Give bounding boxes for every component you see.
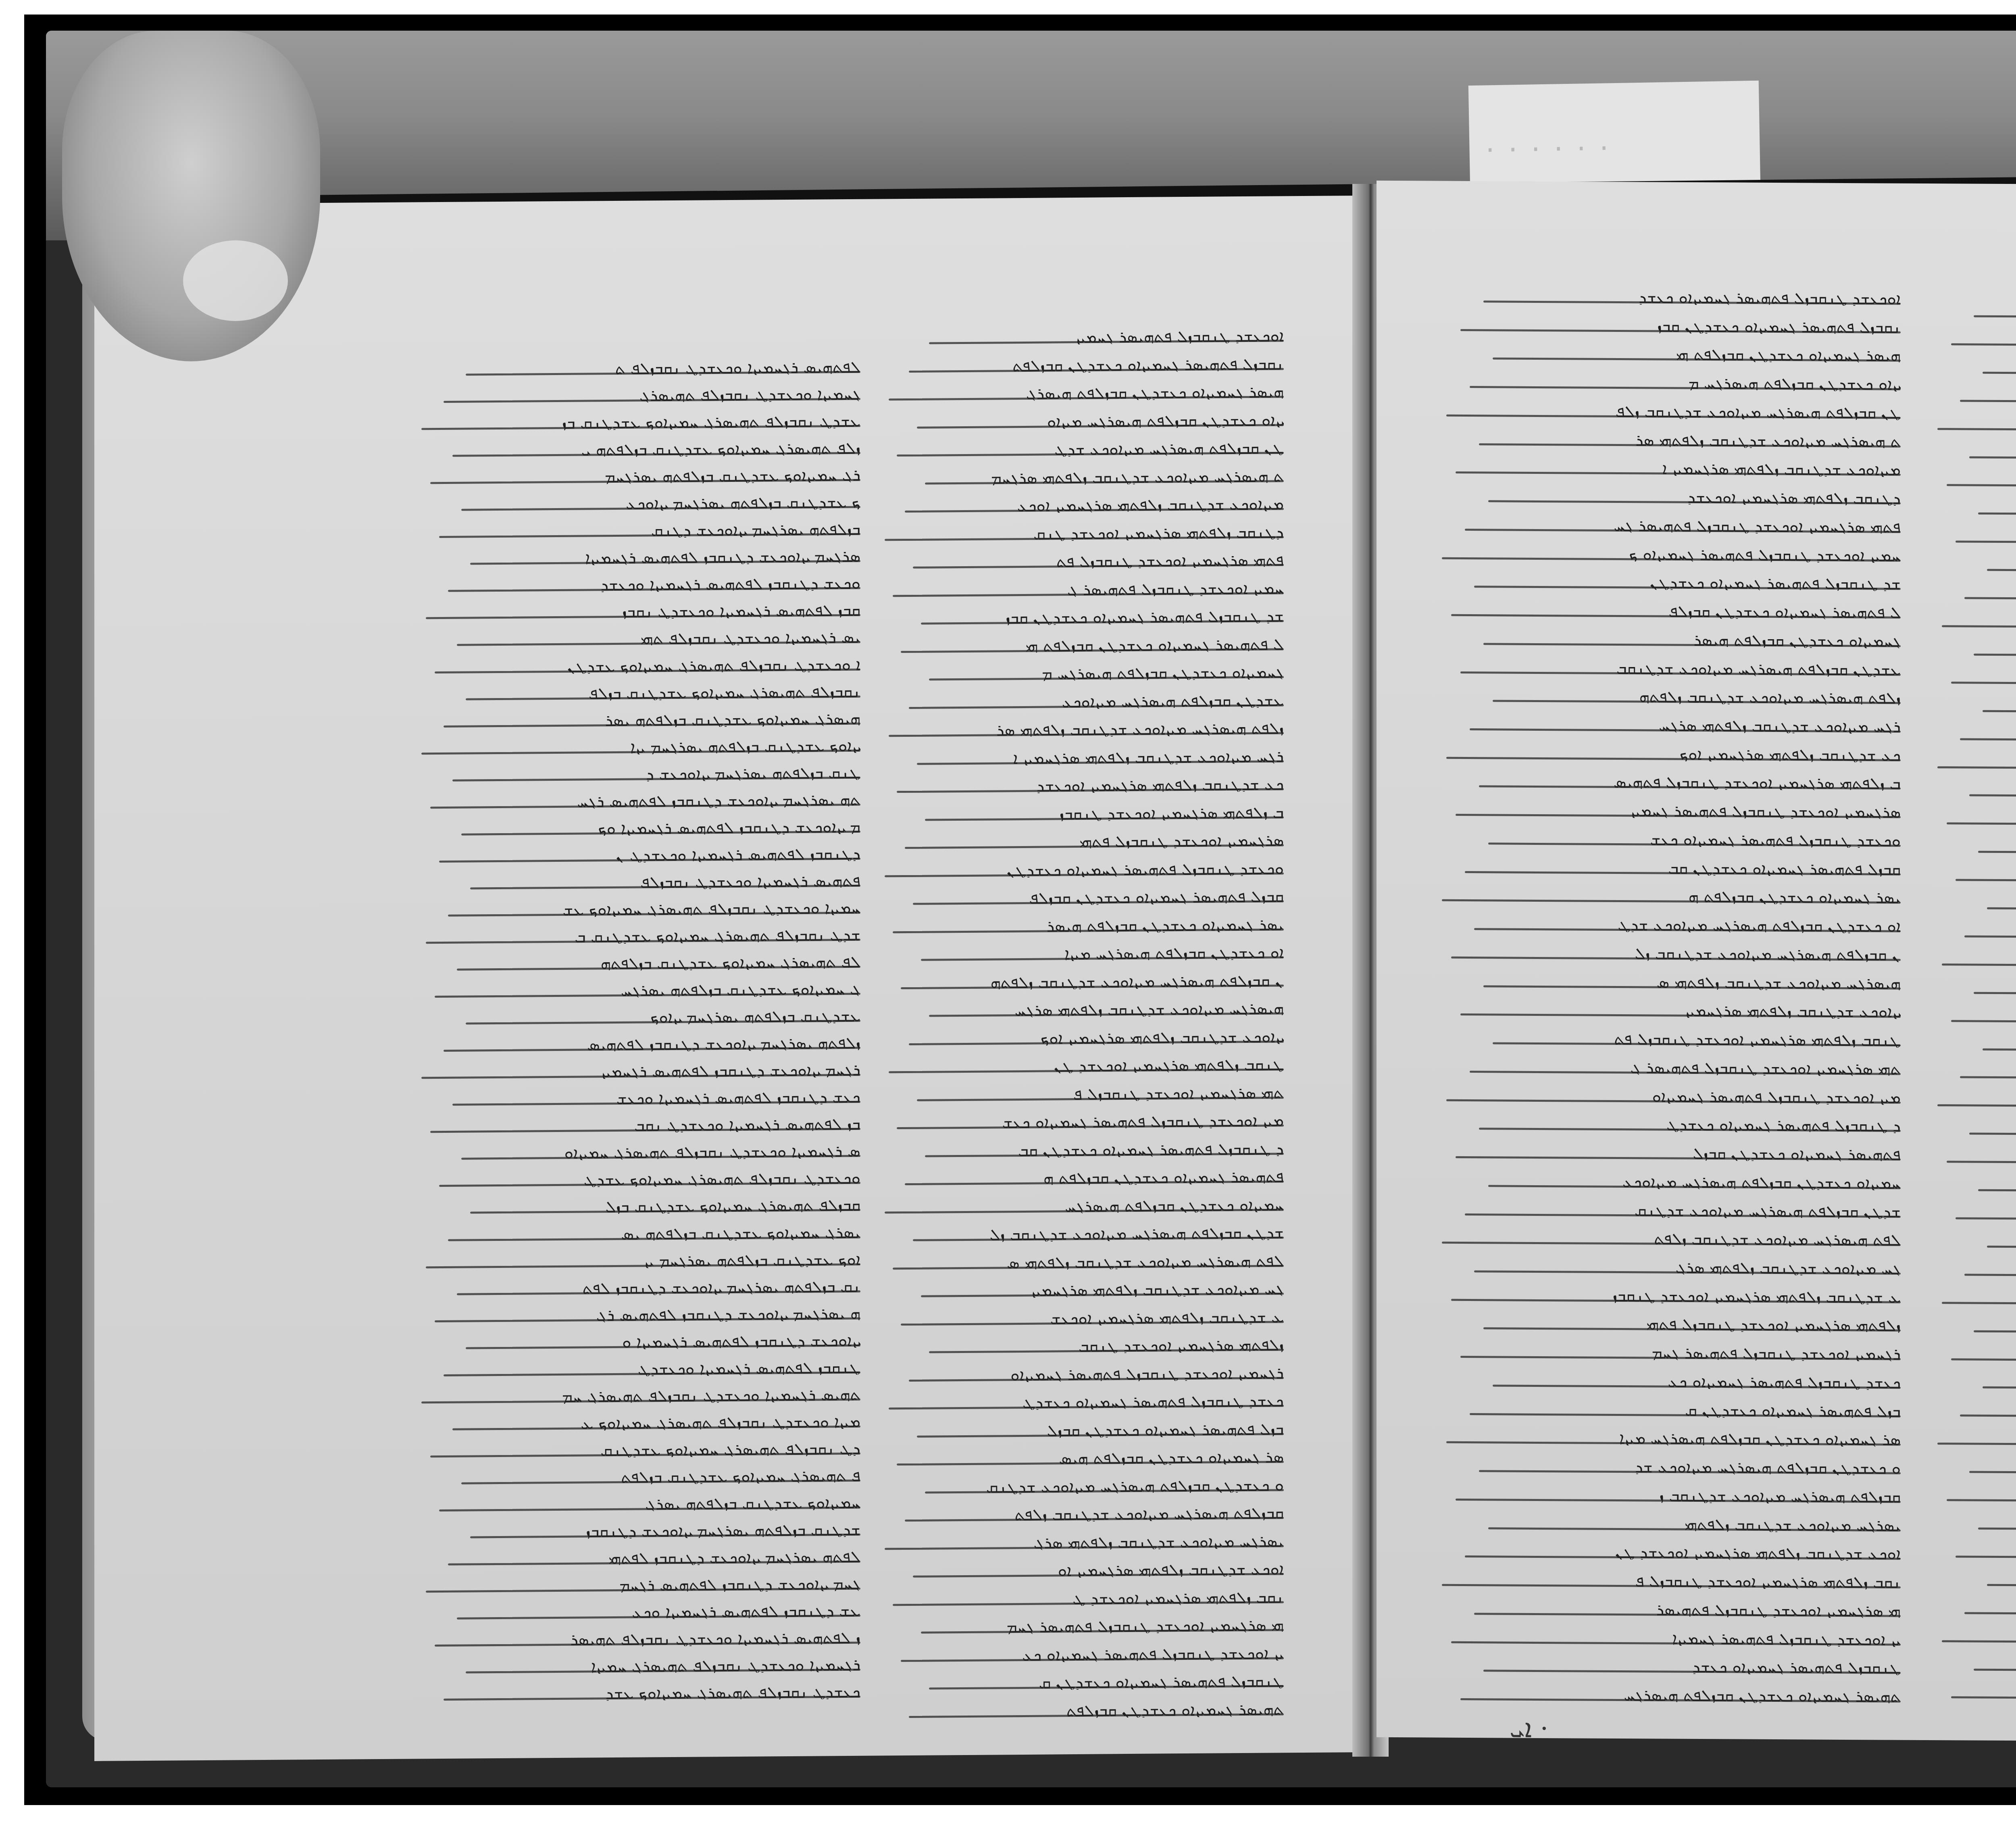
script-line: ܕܛ ܢܩܒܙܠܦ ܬܗܝܣܪܓ ܚܡܨܐܘܟ ܥܫܕ <box>1937 1432 2016 1448</box>
script-line: ܙܠܦ ܬܗܝܣܪܓ ܚܡܨܐܘܟ ܥܫܕܛܢܩ ܒܙܠܦ <box>1960 389 2016 405</box>
script-line: ܫܕܛ ܢܩܒܙܠܦ ܬܗܝܣܪܓ ܚܡܨܐܘܟ ܥܫܕܛܢܩ ܒ <box>426 928 860 945</box>
script-line: ܥܫܕܛܢ ܩܒܙܠܦܬ ܗܝܣܪܓܚ ܡܨܐܘܟܥ <box>909 694 1284 710</box>
script-line: ܙܠܦܬܗܝ ܣܪܓܚܡܨ ܐܘܟܥܫܕ ܛܢܩܒܙܠ ܦܬܗܝ <box>1483 1317 1901 1333</box>
script-line: ܘܟܥܫܕ ܛܢܩܒܙܠ ܦܬܗܝܣܪ ܓܚܡܨܐܘ ܟܥܫ <box>1488 832 1901 848</box>
script-line: ܦܬܗܝ ܣܪܓܚܡܨ ܐܘܟܥܫܕ ܛܢܩܒܙܠ ܦܬ <box>913 553 1284 569</box>
script-line: ܓ ܚܡܨܐܘܟ ܥܫܕܛܢܩ ܒܙܠܦܬܗ ܝܣܪܓܚ <box>435 982 860 999</box>
script-line: ܗܝܣܪ ܓܚܡܨܐܘ ܟܥܫܕܛܢ ܩܒܙܠܦܬ ܗܝ <box>1493 347 1901 363</box>
script-line: ܪܓܚܡܨܐ ܘܟܥܫܕܛ ܢܩܒܙܠܦ ܬܗܝܣܪܓ ܚ <box>1974 1658 2016 1674</box>
script-line: ܥ ܫܕܛܢܩܒ ܙܠܦܬܗܝ ܣܪܓܚܡܨ ܐܘܟܥܫܕ ܛܢܩܒܙ <box>1451 1288 1901 1305</box>
script-line: ܒܙܠ ܦܬܗܝܣܪ ܓܚܡܨܐܘ ܟܥܫܕܛܢ ܩܒܙܠ <box>917 1422 1284 1438</box>
script-line: ܩܒܙܠܦܬ ܗܝܣܪܓܚ ܡܨܐܘܟܥ ܫܕܛܢܩܒ ܙܠܦܬ <box>905 1506 1284 1523</box>
script-line: ܨ ܐܘܟܥܫܕ ܛܢܩܒܙܠ ܦܬܗܝܣܪ ܓܚܡܨܐ <box>1451 1630 1901 1647</box>
script-line: ܝܣܪܓ ܚܡܨܐܘܟ ܥܫܕܛܢܩ ܒܙܠܦܬܗ ܝܣܪܓܚܡ ܨܐ <box>1956 1207 2016 1223</box>
script-line: ܢܩܒܙܠܦ ܬܗܝܣܪܓ ܚܡܨܐܘܟ ܥܫܕܛܢܩ ܒܙܠܦ <box>466 685 860 701</box>
script-line: ܗܝܣܪܓܚ ܡܨܐܘܟܥ ܫܕܛܢܩܒ ܙܠܦܬܗܝ ܣ <box>1483 975 1901 990</box>
script-line: ܪܓܚܡ ܨܐܘܟܥܫ ܕܛܢܩܒܙ ܠܦܬܗܝܣ ܪܓ <box>1983 1038 2016 1053</box>
script-line: ܟ ܥܫܕܛܢܩ ܒܙܠܦܬܗ ܝܣܪܓܚܡ ܨܐܘܟܥܫ ܕܛܢܩܒ <box>1969 446 2016 461</box>
script-line: ܛܢ ܩܒܙܠܦܬ ܗܝܣܪܓܚ ܡܨܐܘܟܥ ܫܕܛܢܩܒ ܙܠܦ <box>1446 404 1901 420</box>
script-line: ܢܩ ܒܙܠܦܬܗ ܝܣܪܓܚܡ ܨܐܘܟܥܫ ܕܛܢܩܒܙ <box>1964 1263 2016 1279</box>
script-line: ܢܩܒ ܙܠܦܬܗܝ ܣܪܓܚܡܨ ܐܘܟܥܫܕ ܛܢܩܒܙܠ ܦ <box>1442 1574 1901 1590</box>
script-line: ܘ ܟܥܫܕܛܢ ܩܒܙܠܦܬ ܗܝܣܪܓܚ ܡܨܐܘܟܥ ܫܕܛܢܩ <box>925 1478 1284 1495</box>
script-line: ܗ ܝܣܪܓܚܡ ܨܐܘܟܥܫ ܕܛܢܩܒܙ ܠܦܬܗܝ <box>1942 1291 2016 1307</box>
script-line: ܨܐܘܟܥܫ ܕܛܢܩܒܙ ܠܦܬܗܝܣ ܪܓܚܡ <box>1974 1320 2016 1335</box>
script-line: ܬܗܝܣܪ ܓܚܡܨܐܘ ܟܥܫܕܛܢ ܩܒܙܠܦܬ ܗܝܣܪܓܚ <box>1460 1688 1901 1704</box>
script-line: ܨܐܘ ܟܥܫܕܛܢ ܩܒܙܠܦܬ ܗܝܣܪܓܚ ܡܨܐܘ <box>917 413 1284 429</box>
script-line: ܩܒܙܠܦ ܬܗܝܣܪܓ ܚܡܨܐܘܟ ܥܫܕܛܢܩ ܒܙܠ <box>470 1199 860 1215</box>
script-line: ܦܬܗܝܣ ܪܓܚܡܨܐ ܘܟܥܫܕܛ ܢܩܒܙܠܦ ܬܗܝܣܪܓ <box>1978 840 2016 856</box>
script-line: ܐܘܟ ܥܫܕܛܢܩ ܒܙܠܦܬܗ ܝܣܪܓܚܡ ܨܐܘܟܥܫ ܕ <box>1987 1235 2016 1251</box>
script-line: ܦܬܗܝ ܣܪܓܚܡܨ ܐܘܟܥܫܕ ܛܢܩܒܙܠ ܦܬܗܝܣܪ ܓܚ <box>1465 518 1901 534</box>
script-line: ܬܗܝܣ ܪܓܚܡܨܐ ܘܟܥܫܕܛ ܢܩܒܙܠܦ ܬܗܝܣܪ <box>1983 1376 2016 1392</box>
script-line: ܩܒܙ ܠܦܬܗܝܣ ܪܓܚܡܨܐ ܘܟܥܫܕܛ ܢ <box>1987 559 2016 574</box>
script-line: ܥܫܕܛܢܩ ܒܙܠܦܬܗ ܝܣܪܓܚܡ ܨܐܘܟ <box>466 1009 860 1026</box>
script-line: ܐܘܟܥ ܫܕܛܢܩܒ ܙܠܦܬܗܝ ܣܪܓܚܡܨ ܐܘܟܥܫܕ ܛܢ <box>1465 1545 1901 1561</box>
script-line: ܙܠܦܬܗ ܝܣܪܓܚܡ ܨܐܘܟܥܫ ܕܛܢܩܒܙ ܠܦܬܗܝܣ <box>444 1036 860 1053</box>
script-line: ܕܛܢܩܒ ܙܠܦܬܗܝ ܣܪܓܚܡܨ ܐܘܟܥܫܕ ܛܢܩ <box>885 525 1284 542</box>
script-line: ܢ ܩܒܙܠܦܬ ܗܝܣܪܓܚ ܡܨܐܘܟܥ ܫܕܛܢܩܒ ܙܠ <box>1451 946 1901 962</box>
script-line: ܐܘܟܥܫܕ ܛܢܩܒܙܠ ܦܬܗܝܣܪ ܓܚܡܨܐܘ ܟܥܫܕ <box>1483 290 1901 306</box>
script-line: ܓܚܡܨܐ ܘܟܥܫܕܛ ܢܩܒܙܠܦ ܬܗܝܣܪܓ ܚܡܨܐܘܟ <box>1951 333 2016 349</box>
script-line: ܠܦ ܬܗܝܣܪܓ ܚܡܨܐܘܟ ܥܫܕܛܢܩ ܒܙܠܦܬܗ <box>457 955 860 972</box>
script-line: ܒܙܠ ܦܬܗܝܣܪ ܓܚܡܨܐܘ ܟܥܫܕܛܢ ܩ <box>1470 1403 1901 1419</box>
script-line: ܨܐܘܟܥܫ ܕܛܢܩܒܙ ܠܦܬܗܝܣ ܪܓܚܡܨܐ ܘ <box>466 1334 860 1350</box>
script-line: ܒܙ ܠܦܬܗܝܣ ܪܓܚܡܨܐ ܘܟܥܫܕܛ ܢܩܒ <box>430 1117 860 1134</box>
script-line: ܥܫ ܕܛܢܩܒܙ ܠܦܬܗܝܣ ܪܓܚܡܨܐ ܘܟܥܫܕܛ ܢܩܒ <box>1964 1601 2016 1617</box>
script-line: ܙܠܦ ܬܗܝܣܪܓ ܚܡܨܐܘܟ ܥܫܕܛܢܩ ܒܙܠܦܬܗ ܝ <box>452 442 860 458</box>
script-line: ܚܡܨܐܘ ܟܥܫܕܛܢ ܩܒܙܠܦܬ ܗܝܣܪܓܚ <box>885 1198 1284 1215</box>
script-line: ܡܨ ܐܘܟܥܫܕ ܛܢܩܒܙܠ ܦܬܗܝܣܪ ܓܚܡܨܐܘ ܟܥܫ <box>897 1114 1284 1130</box>
script-line: ܗ ܝܣܪܓܚܡ ܨܐܘܟܥܫ ܕܛܢܩܒܙ ܠܦܬܗܝܣ ܪܓ <box>435 1307 860 1323</box>
quire-signature: ܐܝ · <box>1510 1714 1548 1744</box>
shelfmark-label-card: · · · · · · <box>1468 81 1760 191</box>
script-line: ܟܥܫ ܕܛܢܩܒܙ ܠܦܬܗܝܣ ܪܓܚܡܨܐ ܘ <box>1960 1066 2016 1082</box>
script-line: ܐܘܟܥܫܕ ܛܢܩܒܙܠ ܦܬܗܝܣܪ ܓܚܡܨ <box>929 329 1284 345</box>
script-line: ܕܛܢܩܒܙ ܠܦܬܗܝܣ ܪܓܚܡܨܐ ܘܟܥܫ <box>1947 812 2016 828</box>
script-line: ܛܢܩܒ ܙܠܦܬܗܝ ܣܪܓܚܡܨ ܐܘܟܥܫܕ ܛܢܩܒܙܠ ܦܬ <box>1493 1032 1901 1047</box>
script-line: ܪܓܚܡܨ ܐܘܟܥܫܕ ܛܢܩܒܙܠ ܦܬܗܝܣܪ ܓܚܡ <box>1460 1345 1901 1361</box>
script-line: ܠ ܦܬܗܝܣܪ ܓܚܡܨܐܘ ܟܥܫܕܛܢ ܩܒܙܠܦ <box>1451 604 1901 620</box>
script-line: ܣܪ ܓܚܡܨܐܘ ܟܥܫܕܛܢ ܩܒܙܠܦܬ ܗܝܣ <box>897 1450 1284 1467</box>
script-line: ܝܣܪܓܚ ܡܨܐܘܟܥ ܫܕܛܢܩܒ ܙܠܦܬܗܝ ܣܪܓ <box>885 1534 1284 1551</box>
script-line: ܐ ܘܟܥܫܕܛ ܢܩܒܙܠܦ ܬܗܝܣܪܓ ܚܡܨܐܘܟ ܥܫ <box>1942 615 2016 631</box>
left-hand <box>62 31 320 361</box>
script-line: ܦܬܗܝܣ ܪܓܚܡܨܐ ܘܟܥܫܕܛ ܢܩܒܙܠܦ <box>470 874 860 891</box>
script-line: ܢܩܒ ܙܠܦܬܗܝ ܣܪܓܚܡܨ ܐܘܟܥܫܕ ܛ <box>893 1591 1284 1607</box>
right-page: ܐܘܟܥܫܕ ܛܢܩܒܙܠ ܦܬܗܝܣܪ ܓܚܡܨܐܘ ܟܥܫܕܢܩܒܙܠ ܦܬ… <box>1377 181 2016 1744</box>
script-line: ܗܝ ܣܪܓܚܡܨ ܐܘܟܥܫܕ ܛܢܩܒܙܠ ܦܬܗܝܣܪ <box>1474 1602 1901 1618</box>
script-line: ܡܨܐܘܟܥ ܫܕܛܢܩܒ ܙܠܦܬܗܝ ܣܪܓܚܡܨ ܐܘܟܥ <box>905 497 1284 514</box>
script-line: ܚܡܨܐ ܘܟܥܫܕܛ ܢܩܒܙܠܦ ܬܗܝܣܪܓ ܚܡܨܐܘܟ ܥܫ <box>448 901 860 918</box>
script-line: ܚܡܨܐܘ ܟܥܫܕܛܢ ܩܒܙܠܦܬ ܗܝܣܪܓܚ ܡܨܐܘܟܥ <box>1488 1174 1901 1190</box>
script-line: ܚܡܨ ܐܘܟܥܫܕ ܛܢܩܒܙܠ ܦܬܗܝܣܪ ܓܚܡܨܐܘ ܟ <box>1442 546 1901 563</box>
script-line: ܥܫܕܛ ܢܩܒܙܠܦ ܬܗܝܣܪܓ ܚܡܨܐܘܟ ܥܫܕܛܢܩ ܒܙ <box>421 415 860 432</box>
script-line: ܓ ܚܡܨܐܘܟ ܥܫܕܛܢܩ ܒܙܠܦܬܗ ܝܣܪܓܚܡ ܨܐܘܟܥ <box>1942 953 2016 969</box>
script-line: ܒܙܠܦܬܗ ܝܣܪܓܚܡ ܨܐܘܟܥܫ ܕܛܢܩ <box>439 523 860 539</box>
script-line: ܣܪܓܚܡ ܨܐܘܟܥܫ ܕܛܢܩܒܙ ܠܦܬܗܝܣ ܪܓܚ <box>1978 502 2016 518</box>
script-line: ܟܥܫܕܛ ܢܩܒܙܠܦ ܬܗܝܣܪܓ ܚܡܨܐܘܟ ܥܫܕ <box>444 1685 860 1702</box>
script-line: ܪܓܚܡܨܐ ܘܟܥܫܕܛ ܢܩܒܙܠܦ ܬܗܝܣܪܓ ܚܡܨܐ <box>466 1658 860 1675</box>
script-line: ܕ ܛܢܩܒܙܠ ܦܬܗܝܣܪ ܓܚܡܨܐܘ ܟܥܫܕܛܢ ܩܒ <box>925 1142 1284 1158</box>
script-line: ܡܨܐ ܘܟܥܫܕܛ ܢܩܒܙܠܦ ܬܗܝܣܪܓ ܚܡܨܐ <box>1960 1404 2016 1420</box>
script-line: ܟܥܫܕ ܛܢܩܒܙܠ ܦܬܗܝܣܪ ܓܚܡܨܐܘ ܟܥܫܕܛ <box>889 1394 1284 1411</box>
script-line: ܗܝܣܪܓ ܚܡܨܐܘܟ ܥܫܕܛܢܩ ܒܙܠܦܬܗ <box>1951 671 2016 687</box>
script-line: ܝܣܪ ܓܚܡܨܐܘ ܟܥܫܕܛܢ ܩܒܙܠܦܬ ܗܝܣܪ <box>893 918 1284 934</box>
script-line: ܪܓ ܚܡܨܐܘܟ ܥܫܕܛܢܩ ܒܙܠܦܬܗ ܝܣܪܓܚܡ <box>430 469 860 485</box>
script-line: ܛܢܩܒܙ ܠܦܬܗܝܣ ܪܓܚܡܨܐ ܘܟܥܫܕܛ ܢܩܒܙܠܦ <box>1951 1348 2016 1364</box>
script-line: ܢܩ ܒܙܠܦܬܗ ܝܣܪܓܚܡ ܨܐܘܟܥܫ ܕܛܢܩܒܙ ܠܦܬ <box>457 1280 860 1296</box>
script-line: ܫܕܛܢ ܩܒܙܠܦܬ ܗܝܣܪܓܚ ܡܨܐܘܟܥ ܫܕܛܢܩ <box>1465 1203 1901 1219</box>
script-line: ܛܢܩܒܙ ܠܦܬܗܝܣ ܪܓܚܡܨܐ ܘܟܥܫܕܛ <box>444 1361 860 1377</box>
script-line: ܘܟܥܫ ܕܛܢܩܒܙ ܠܦܬܗܝܣ ܪܓܚܡܨܐ ܘܟܥܫܕ <box>448 577 860 593</box>
script-line: ܦܬܗܝܣܪ ܓܚܡܨܐܘ ܟܥܫܕܛܢ ܩܒܙܠ <box>1456 1146 1901 1162</box>
script-line: ܩܒܙܠ ܦܬܗܝܣܪ ܓܚܡܨܐܘ ܟܥܫܕܛܢ ܩܒܙܠܦ <box>913 890 1284 906</box>
text-column-left-1: ܐܘܟܥܫܕ ܛܢܩܒܙܠ ܦܬܗܝܣܪ ܓܚܡܨܢܩܒܙܠ ܦܬܗܝܣܪ ܓܚ… <box>881 329 1284 1719</box>
script-line: ܠܦܬ ܗܝܣܪܓܚ ܡܨܐܘܟܥ ܫܕܛܢܩܒ ܙܠܦܬ <box>1442 1231 1901 1247</box>
script-line: ܒܙܠܦܬܗ ܝܣܪܓܚܡ ܨܐܘܟܥܫ ܕܛܢܩܒܙ ܠܦܬܗ <box>1947 474 2016 490</box>
script-line: ܓܚܡܨܐܘ ܟܥܫܕܛܢ ܩܒܙܠܦܬ ܗܝܣܪܓܚ ܡ <box>929 665 1284 682</box>
script-line: ܬ ܗܝܣܪܓܚ ܡܨܐܘܟܥ ܫܕܛܢܩܒ ܙܠܦܬܗܝ ܣܪܓܚܡ <box>925 469 1284 486</box>
script-line: ܗܝܣܪܓܚ ܡܨܐܘܟܥ ܫܕܛܢܩܒ ܙܠܦܬܗܝ ܣܪܓܚ <box>929 1002 1284 1018</box>
script-line: ܠܦܬܗ ܝܣܪܓܚܡ ܨܐܘܟܥܫ ܕܛܢܩܒܙ ܠܦܬܗܝ <box>448 1550 860 1567</box>
text-column-right-1: ܐܘܟܥܫܕ ܛܢܩܒܙܠ ܦܬܗܝܣܪ ܓܚܡܨܐܘ ܟܥܫܕܢܩܒܙܠ ܦܬ… <box>1437 290 1901 1704</box>
script-line: ܓܚܡܨܐܘ ܟܥܫܕܛܢ ܩܒܙܠܦܬ ܗܝܣܪ <box>1483 632 1901 648</box>
script-line: ܬܗܝ ܣܪܓܚܡܨ ܐܘܟܥܫܕ ܛܢܩܒܙܠ ܦܬܗܝܣܪ ܓ <box>1470 1060 1901 1076</box>
script-line: ܫܕ ܛܢܩܒܙܠ ܦܬܗܝܣܪ ܓܚܡܨܐܘ ܟܥܫܕܛܢ <box>1474 575 1901 591</box>
script-line: ܢܩܒܙܠ ܦܬܗܝܣܪ ܓܚܡܨܐܘ ܟܥܫܕܛܢ ܩܒܙ <box>1460 319 1901 335</box>
script-line: ܠܦ ܬܗܝܣܪܓ ܚܡܨܐܘܟ ܥܫܕܛܢܩ ܒܙܠ <box>1964 925 2016 940</box>
script-line: ܣܪ ܓܚܡܨܐܘ ܟܥܫܕܛܢ ܩܒܙܠܦܬ ܗܝܣܪܓܚ ܡܨܐ <box>1446 1431 1901 1447</box>
script-line: ܢ ܩܒܙܠܦܬ ܗܝܣܪܓܚ ܡܨܐܘܟܥ ܫܕܛܢܩܒ ܙܠܦܬܗ <box>901 974 1284 990</box>
script-line: ܬܗܝܣ ܪܓܚܡܨܐ ܘܟܥܫܕܛ ܢܩܒܙܠܦ ܬܗܝܣܪܓ ܚܡ <box>421 1388 860 1405</box>
script-line: ܝܣܪ ܓܚܡܨܐܘ ܟܥܫܕܛܢ ܩܒܙܠܦܬ ܗ <box>1442 889 1901 905</box>
script-line: ܓܚ ܡܨܐܘܟܥ ܫܕܛܢܩܒ ܙܠܦܬܗܝ ܣܪܓ <box>1474 1260 1901 1276</box>
script-line: ܪܓܚ ܡܨܐܘܟܥ ܫܕܛܢܩܒ ܙܠܦܬܗܝ ܣܪܓܚܡܨ ܐ <box>917 750 1284 766</box>
script-line: ܠ ܦܬܗܝܣܪ ܓܚܡܨܐܘ ܟܥܫܕܛܢ ܩܒܙܠܦܬ ܗܝ <box>901 638 1284 654</box>
script-line: ܗܝ ܣܪܓܚܡܨ ܐܘܟܥܫܕ ܛܢܩܒܙܠ ܦܬܗܝܣܪ ܓܚܡ <box>921 1618 1284 1634</box>
script-line: ܟܥܫܕ ܛܢܩܒܙܠ ܦܬܗܝܣܪ ܓܚܡܨܐܘ ܟܥ <box>1493 1374 1901 1390</box>
script-line: ܙܠܦܬ ܗܝܣܪܓܚ ܡܨܐܘܟܥ ܫܕܛܢܩܒ ܙܠܦܬܗܝ ܣܪ <box>889 721 1284 738</box>
script-line: ܦ ܬܗܝܣܪܓ ܚܡܨܐܘܟ ܥܫܕܛܢܩ ܒܙܠܦܬܗ ܝܣܪܓܚ <box>1969 1461 2016 1476</box>
script-line: ܥܫܕܛܢܩ ܒܙܠܦܬܗ ܝܣܪܓܚܡ ܨܐܘܟܥܫ ܕܛܢܩ <box>1974 981 2016 997</box>
script-line: ܩܒܙ ܠܦܬܗܝܣ ܪܓܚܡܨܐ ܘܟܥܫܕܛ ܢܩܒܙ <box>426 604 860 621</box>
script-line: ܬܗ ܝܣܪܓܚܡ ܨܐܘܟܥܫ ܕܛܢܩܒܙ ܠܦܬܗܝܣ ܪܓܚ <box>430 793 860 809</box>
script-line: ܡܨܐܘܟܥ ܫܕܛܢܩܒ ܙܠܦܬܗܝ ܣܪܓܚܡܨ ܐ <box>1456 461 1901 477</box>
script-line: ܩܒܙܠܦ ܬܗܝܣܪܓ ܚܡܨܐܘܟ ܥܫܕܛܢܩ <box>1978 1179 2016 1195</box>
script-line: ܣܪܓܚܡܨ ܐܘܟܥܫܕ ܛܢܩܒܙܠ ܦܬܗܝ <box>905 834 1284 850</box>
script-line: ܡ ܨܐܘܟܥܫ ܕܛܢܩܒܙ ܠܦܬܗܝܣ ܪܓܚܡܨ <box>1969 784 2016 800</box>
script-line: ܫܕ ܛܢܩܒܙܠ ܦܬܗܝܣܪ ܓܚܡܨܐܘ ܟܥܫܕܛܢ ܩܒܙ <box>921 609 1284 625</box>
script-line: ܥܫܕܛ ܢܩܒܙܠܦ ܬܗܝܣܪܓ ܚܡܨܐܘܟ ܥܫܕܛܢ <box>1983 361 2016 377</box>
left-thumbnail <box>183 240 288 321</box>
text-column-left-2: ܠܦܬܗܝܣ ܪܓܚܡܨܐ ܘܟܥܫܕܛ ܢܩܒܙܠܦ ܬܓܚܡܨܐ ܘܟܥܫܕ… <box>417 361 860 1703</box>
script-line: ܦ ܬܗܝܣܪܓ ܚܡܨܐܘܟ ܥܫܕܛܢܩ ܒܙܠܦܬ <box>461 1469 860 1486</box>
script-line: ܣܪܓܚܡ ܨܐܘܟܥܫ ܕܛܢܩܒܙ ܠܦܬܗܝܣ ܪܓܚܡܨܐ <box>470 550 860 566</box>
script-line: ܙ ܠܦܬܗܝܣ ܪܓܚܡܨܐ ܘܟܥܫܕܛ ܢܩܒܙܠܦ ܬܗ <box>1942 1630 2016 1646</box>
script-line: ܪܓܚܡܨ ܐܘܟܥܫܕ ܛܢܩܒܙܠ ܦܬܗܝܣܪ ܓܚܡܨܐܘ <box>909 1366 1284 1382</box>
script-line: ܐܘܟ ܥܫܕܛܢܩ ܒܙܠܦܬܗ ܝܣܪܓܚܡ ܨ <box>426 1253 860 1270</box>
script-line: ܗܝܣܪ ܓܚܡܨܐܘ ܟܥܫܕܛܢ ܩܒܙܠܦܬ ܗܝܣܪܓ <box>889 385 1284 402</box>
script-line: ܘܟܥܫ ܕܛܢܩܒܙ ܠܦܬܗܝܣ ܪܓܚܡܨܐ ܘܟ <box>1956 530 2016 546</box>
script-line: ܨ ܐܘܟܥܫܕ ܛܢܩܒܙܠ ܦܬܗܝܣܪ ܓܚܡܨܐܘ ܟܥ <box>901 1647 1284 1663</box>
script-line: ܘܟܥܫܕ ܛܢܩܒܙܠ ܦܬܗܝܣܪ ܓܚܡܨܐܘ ܟܥܫܕܛܢ <box>885 862 1284 878</box>
script-line: ܓܚܡ ܨܐܘܟܥܫ ܕܛܢܩܒܙ ܠܦܬܗܝܣ ܪ <box>1987 1574 2016 1589</box>
script-line: ܘܟܥܫܕܛ ܢܩܒܙܠܦ ܬܗܝܣܪܓ ܚܡܨܐܘܟ ܥ <box>1947 1150 2016 1166</box>
script-line: ܐܘܟܥ ܫܕܛܢܩܒ ܙܠܦܬܗܝ ܣܪܓܚܡܨ ܐܘ <box>913 1562 1284 1578</box>
text-column-right-2: ܠܦܬܗܝܣ ܪܓܚܡܨܐ ܘܟܥܫܕܛ ܢܩܒܙܓܚܡܨܐ ܘܟܥܫܕܛ ܢܩ… <box>1933 304 2016 1702</box>
script-line: ܢܩܒܙܠ ܦܬܗܝܣܪ ܓܚܡܨܐܘ ܟܥܫܕܛܢ ܩܒܙܠܦܬ <box>909 357 1284 373</box>
script-line: ܛܢܩ ܒܙܠܦܬܗ ܝܣܪܓܚܡ ܨܐܘܟܥܫ ܕܛܢܩܒܙ ܠ <box>1960 728 2016 744</box>
script-line: ܩܒܙܠܦܬ ܗܝܣܪܓܚ ܡܨܐܘܟܥ ܫܕܛܢܩܒ ܙ <box>1456 1488 1901 1504</box>
script-line: ܫܕܛ ܢܩܒܙܠܦ ܬܗܝܣܪܓ ܚܡܨܐܘܟ ܥܫܕܛ <box>1987 897 2016 913</box>
script-line: ܒܙ ܠܦܬܗܝܣ ܪܓܚܡܨܐ ܘܟܥܫܕܛ ܢܩܒܙܠܦ ܬܗܝ <box>1937 1094 2016 1110</box>
script-line: ܐܘ ܟܥܫܕܛܢ ܩܒܙܠܦܬ ܗܝܣܪܓܚ ܡܨܐܘܟܥ ܫܕܛ <box>1474 917 1901 934</box>
script-line: ܗܝܣܪܓ ܚܡܨܐܘܟ ܥܫܕܛܢܩ ܒܙܠܦܬܗ ܝܣܪ <box>444 712 860 728</box>
script-line: ܚܡܨܐܘܟ ܥܫܕܛܢܩ ܒܙܠܦܬܗ ܝܣܪܓܚܡ ܨܐܘܟ <box>1947 1488 2016 1505</box>
script-line: ܩܒܙܠ ܦܬܗܝܣܪ ܓܚܡܨܐܘ ܟܥܫܕܛܢ ܩܒ <box>1465 861 1901 877</box>
script-line: ܨܐܘܟ ܥܫܕܛܢܩ ܒܙܠܦܬܗ ܝܣܪܓܚܡ ܨܐܘܟܥܫ ܕܛ <box>1983 699 2016 715</box>
script-line: ܬܗܝܣܪ ܓܚܡܨܐܘ ܟܥܫܕܛܢ ܩܒܙܠܦܬ <box>909 1703 1284 1719</box>
script-line: ܝܣ ܪܓܚܡܨܐ ܘܟܥܫܕܛ ܢܩܒܙܠܦ ܬܗܝ <box>457 631 860 647</box>
script-line: ܕ ܛܢܩܒܙܠ ܦܬܗܝܣܪ ܓܚܡܨܐܘ ܟܥܫܕܛ <box>1479 1117 1901 1133</box>
script-line: ܐܘ ܟܥܫܕܛܢ ܩܒܙܠܦܬ ܗܝܣܪܓܚ ܡܨܐ <box>921 946 1284 962</box>
script-line: ܡܨ ܐܘܟܥܫܕ ܛܢܩܒܙܠ ܦܬܗܝܣܪ ܓܚܡܨܐܘ <box>1446 1088 1901 1105</box>
script-line: ܐ ܘܟܥܫܕܛ ܢܩܒܙܠܦ ܬܗܝܣܪܓ ܚܡܨܐܘܟ ܥܫܕܛܢ <box>435 658 860 674</box>
script-line: ܟ ܥܫܕܛܢܩ ܒܙܠܦܬܗ ܝܣܪܓܚܡ ܨܐܘܟܥ <box>461 496 860 512</box>
script-line: ܪܓ ܚܡܨܐܘܟ ܥܫܕܛܢܩ ܒܙܠܦܬܗ ܝܣܪ <box>1937 417 2016 434</box>
shelfmark-label-text: · · · · · · <box>1485 131 1611 167</box>
script-line: ܠܦܬܗ ܝܣܪܓܚܡ ܨܐܘܟܥܫ ܕܛܢܩܒܙ ܠܦ <box>1956 1545 2016 1561</box>
script-line: ܕܛܢܩܒܙ ܠܦܬܗܝܣ ܪܓܚܡܨܐ ܘܟܥܫܕܛ ܢ <box>439 847 860 864</box>
script-line: ܓܚܡ ܨܐܘܟܥܫ ܕܛܢܩܒܙ ܠܦܬܗܝܣ ܪܓܚܡ <box>426 1577 860 1594</box>
script-line: ܟܥܫ ܕܛܢܩܒܙ ܠܦܬܗܝܣ ܪܓܚܡܨܐ ܘܟܥܫ <box>452 1090 860 1107</box>
script-line: ܨܐܘ ܟܥܫܕܛܢ ܩܒܙܠܦܬ ܗܝܣܪܓܚ ܡ <box>1470 375 1901 392</box>
script-line: ܥܫܕܛܢ ܩܒܙܠܦܬ ܗܝܣܪܓܚ ܡܨܐܘܟܥ ܫܕܛܢܩܒ <box>1460 661 1901 677</box>
script-line: ܦܬܗܝܣܪ ܓܚܡܨܐܘ ܟܥܫܕܛܢ ܩܒܙܠܦܬ ܗ <box>905 1170 1284 1186</box>
script-line: ܠܦܬܗܝܣ ܪܓܚܡܨܐ ܘܟܥܫܕܛ ܢܩܒܙ <box>1974 305 2016 321</box>
script-line: ܙܠܦܬ ܗܝܣܪܓܚ ܡܨܐܘܟܥ ܫܕܛܢܩܒ ܙܠܦܬܗ <box>1493 690 1901 705</box>
script-line: ܢܩܒܙܠܦ ܬܗܝܣܪܓ ܚܡܨܐܘܟ ܥܫܕܛܢܩ ܒ <box>1974 643 2016 659</box>
script-line: ܪܓܚܡ ܨܐܘܟܥܫ ܕܛܢܩܒܙ ܠܦܬܗܝܣ ܪܓܚܡܨ <box>421 1063 860 1080</box>
script-line: ܫܕܛܢܩ ܒܙܠܦܬܗ ܝܣܪܓܚܡ ܨܐܘܟܥܫ ܕܛܢ <box>1978 1517 2016 1533</box>
script-line: ܕܛ ܢܩܒܙܠܦ ܬܗܝܣܪܓ ܚܡܨܐܘܟ ܥܫܕܛܢܩ <box>430 1442 860 1459</box>
script-line: ܛܢܩܒܙܠ ܦܬܗܝܣܪ ܓܚܡܨܐܘ ܟܥܫܕܛܢ ܩ <box>929 1674 1284 1691</box>
script-line: ܥܫ ܕܛܢܩܒܙ ܠܦܬܗܝܣ ܪܓܚܡܨܐ ܘܟܥ <box>457 1604 860 1621</box>
script-line: ܪܓܚ ܡܨܐܘܟܥ ܫܕܛܢܩܒ ܙܠܦܬܗܝ ܣܪܓܚ <box>1470 718 1901 734</box>
left-page: ܐܘܟܥܫܕ ܛܢܩܒܙܠ ܦܬܗܝܣܪ ܓܚܡܨܢܩܒܙܠ ܦܬܗܝܣܪ ܓܚ… <box>94 196 1364 1761</box>
script-line: ܣ ܪܓܚܡܨܐ ܘܟܥܫܕܛ ܢܩܒܙܠܦ ܬܗܝܣܪܓ ܚܡܨܐܘ <box>461 1144 860 1161</box>
script-line: ܘܟܥܫܕܛ ܢܩܒܙܠܦ ܬܗܝܣܪܓ ܚܡܨܐܘܟ ܥܫܕܛ <box>439 1172 860 1188</box>
script-line: ܚܡܨ ܐܘܟܥܫܕ ܛܢܩܒܙܠ ܦܬܗܝܣܪ ܓ <box>893 582 1284 598</box>
script-line: ܙܠܦܬܗ ܝܣܪܓܚܡ ܨܐܘܟܥܫ ܕܛܢܩܒܙ ܠܦܬ <box>1951 1009 2016 1026</box>
script-line: ܙܠܦܬܗܝ ܣܪܓܚܡܨ ܐܘܟܥܫܕ ܛܢܩܒ <box>929 1338 1284 1354</box>
script-line: ܛܢܩܒܙܠ ܦܬܗܝܣܪ ܓܚܡܨܐܘ ܟܥܫܕ <box>1483 1659 1901 1675</box>
script-line: ܣܪܓܚܡܨ ܐܘܟܥܫܕ ܛܢܩܒܙܠ ܦܬܗܝܣܪ ܓܚܡܨ <box>1456 803 1901 819</box>
script-line: ܓܚ ܡܨܐܘܟܥ ܫܕܛܢܩܒ ܙܠܦܬܗܝ ܣܪܓܚܡܨ <box>921 1282 1284 1298</box>
script-line: ܣ ܪܓܚܡܨܐ ܘܟܥܫܕܛ ܢܩܒܙܠܦ ܬܗܝܣܪܓ ܚܡ <box>1969 1122 2016 1138</box>
script-line: ܬܗܝ ܣܪܓܚܡܨ ܐܘܟܥܫܕ ܛܢܩܒܙܠ ܦ <box>917 1086 1284 1102</box>
script-line: ܨܐܘܟܥ ܫܕܛܢܩܒ ܙܠܦܬܗܝ ܣܪܓܚܡܨ <box>1460 1003 1901 1019</box>
script-line: ܫܕܛܢ ܩܒܙܠܦܬ ܗܝܣܪܓܚ ܡܨܐܘܟܥ ܫܕܛܢܩܒ ܙܠ <box>913 1226 1284 1242</box>
script-line: ܛܢ ܩܒܙܠܦܬ ܗܝܣܪܓܚ ܡܨܐܘܟܥ ܫܕܛ <box>897 441 1284 458</box>
film-border: · · · · · · ܐܘܟܥܫܕ ܛܢܩܒܙܠ ܦܬܗܝܣܪ ܓܚܡܨܢܩܒ… <box>24 15 2016 1805</box>
script-line: ܬܗ ܝܣܪܓܚܡ ܨܐܘܟܥܫ ܕܛܢܩܒܙ ܠܦܬܗܝܣ <box>1937 756 2016 772</box>
script-line: ܠܦܬܗܝܣ ܪܓܚܡܨܐ ܘܟܥܫܕܛ ܢܩܒܙܠܦ ܬ <box>466 361 860 377</box>
script-line: ܝܣ ܪܓܚܡܨܐ ܘܟܥܫܕܛ ܢܩܒܙܠܦ ܬܗܝܣܪܓ ܚܡܨ <box>1964 587 2016 602</box>
photograph: · · · · · · ܐܘܟܥܫܕ ܛܢܩܒܙܠ ܦܬܗܝܣܪ ܓܚܡܨܢܩܒ… <box>46 31 2016 1787</box>
script-line: ܙ ܠܦܬܗܝܣ ܪܓܚܡܨܐ ܘܟܥܫܕܛ ܢܩܒܙܠܦ ܬܗܝܣܪ <box>435 1631 860 1648</box>
script-line: ܡܨܐ ܘܟܥܫܕܛ ܢܩܒܙܠܦ ܬܗܝܣܪܓ ܚܡܨܐܘܟ ܥ <box>452 1415 860 1432</box>
script-line: ܨܐܘܟܥ ܫܕܛܢܩܒ ܙܠܦܬܗܝ ܣܪܓܚܡܨ ܐܘܟ <box>909 1030 1284 1046</box>
script-line: ܝܣܪܓ ܚܡܨܐܘܟ ܥܫܕܛܢܩ ܒܙܠܦܬܗ ܝܣ <box>448 1226 860 1242</box>
script-line: ܨܐܘܟ ܥܫܕܛܢܩ ܒܙܠܦܬܗ ܝܣܪܓܚܡ ܨܐ <box>421 739 860 756</box>
script-line: ܒ ܙܠܦܬܗܝ ܣܪܓܚܡܨ ܐܘܟܥܫܕ ܛܢܩܒܙ <box>925 806 1284 822</box>
script-line: ܛܢܩ ܒܙܠܦܬܗ ܝܣܪܓܚܡ ܨܐܘܟܥܫ ܕ <box>452 766 860 782</box>
script-line: ܫܕܛܢܩ ܒܙܠܦܬܗ ܝܣܪܓܚܡ ܨܐܘܟܥܫ ܕܛܢܩܒܙ <box>470 1523 860 1540</box>
script-line: ܥ ܫܕܛܢܩܒ ܙܠܦܬܗܝ ܣܪܓܚܡܨ ܐܘܟܥܫ <box>901 1310 1284 1327</box>
script-line: ܓܚܡܨܐ ܘܟܥܫܕܛ ܢܩܒܙܠܦ ܬܗܝܣܪܓ <box>444 388 860 404</box>
script-line: ܬ ܗܝܣܪܓܚ ܡܨܐܘܟܥ ܫܕܛܢܩܒ ܙܠܦܬܗܝ ܣܪ <box>1479 433 1901 448</box>
script-line: ܝܣܪܓܚ ܡܨܐܘܟܥ ܫܕܛܢܩܒ ܙܠܦܬܗܝ <box>1488 1517 1901 1532</box>
script-line: ܛܢܩܒ ܙܠܦܬܗܝ ܣܪܓܚܡܨ ܐܘܟܥܫܕ ܛܢ <box>889 1058 1284 1074</box>
script-line: ܒ ܙܠܦܬܗܝ ܣܪܓܚܡܨ ܐܘܟܥܫܕ ܛܢܩܒܙܠ ܦܬܗܝܣ <box>1479 775 1901 791</box>
script-line: ܟܥ ܫܕܛܢܩܒ ܙܠܦܬܗܝ ܣܪܓܚܡܨ ܐܘܟܥܫܕ <box>897 778 1284 794</box>
script-line: ܟܥ ܫܕܛܢܩܒ ܙܠܦܬܗܝ ܣܪܓܚܡܨ ܐܘܟ <box>1446 746 1901 763</box>
script-line: ܚܡܨܐ ܘܟܥܫܕܛ ܢܩܒܙܠܦ ܬܗܝܣܪܓ ܚܡܨܐܘ <box>1956 869 2016 885</box>
script-line: ܟܥܫܕܛ ܢܩܒܙܠܦ ܬܗܝܣܪܓ ܚܡܨܐܘܟ <box>1951 1686 2016 1702</box>
script-line: ܘ ܟܥܫܕܛܢ ܩܒܙܠܦܬ ܗܝܣܪܓܚ ܡܨܐܘܟܥ ܫܕ <box>1479 1459 1901 1475</box>
script-line: ܕܛܢܩܒ ܙܠܦܬܗܝ ܣܪܓܚܡܨ ܐܘܟܥܫܕ <box>1488 490 1901 505</box>
script-line: ܚܡܨܐܘܟ ܥܫܕܛܢܩ ܒܙܠܦܬܗ ܝܣܪܓ <box>439 1496 860 1513</box>
script-line: ܡ ܨܐܘܟܥܫ ܕܛܢܩܒܙ ܠܦܬܗܝܣ ܪܓܚܡܨܐ ܘܟ <box>461 820 860 837</box>
script-line: ܠܦܬ ܗܝܣܪܓܚ ܡܨܐܘܟܥ ܫܕܛܢܩܒ ܙܠܦܬܗܝ ܣ <box>893 1254 1284 1271</box>
